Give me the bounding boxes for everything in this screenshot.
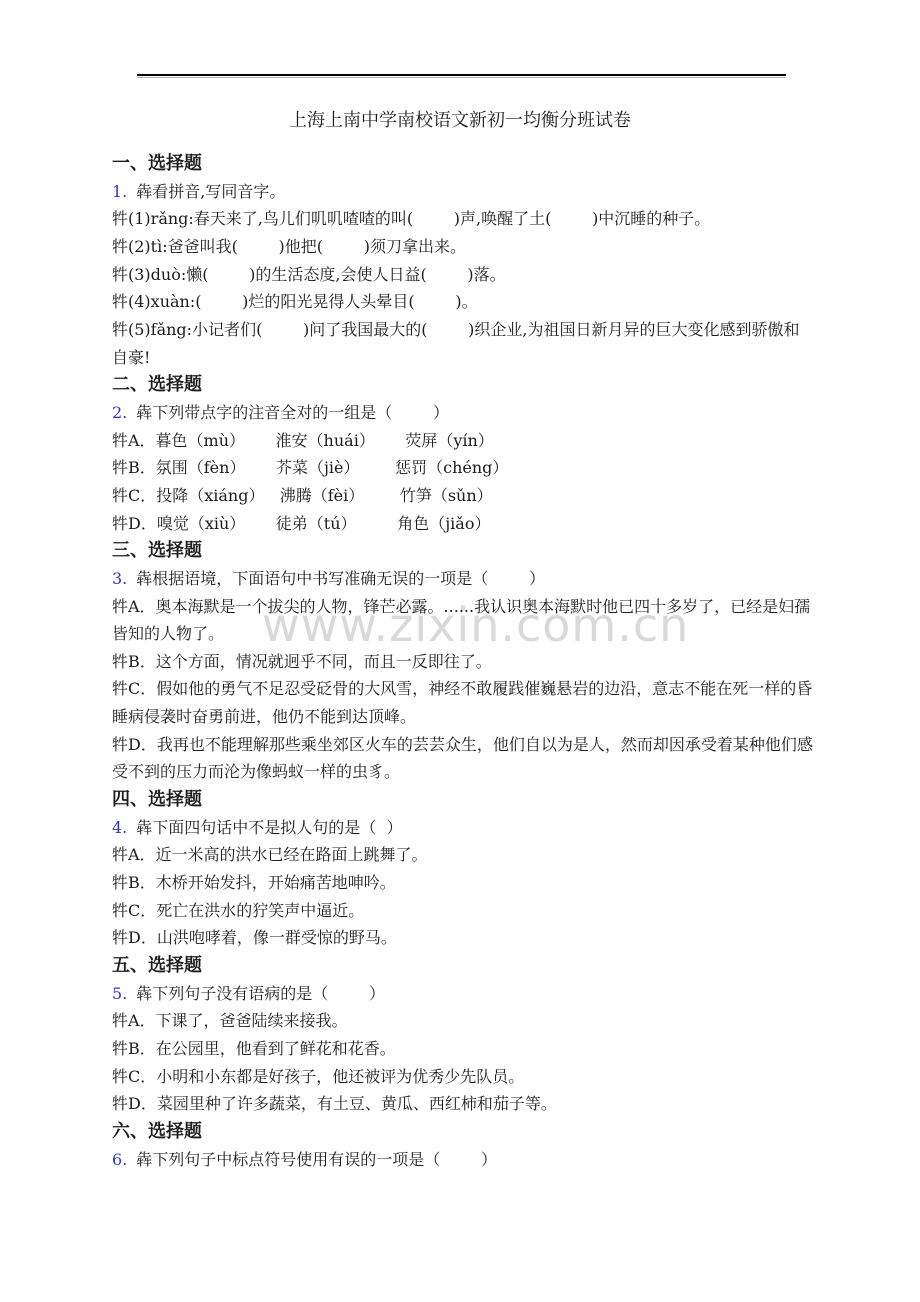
section-3-heading: 三、选择题 xyxy=(112,537,814,565)
section-4-heading: 四、选择题 xyxy=(112,786,814,814)
fill-blank-line-1: 牪(1)rǎng:春天来了,鸟儿们叽叽喳喳的叫( )声,唤醒了土( )中沉睡的种… xyxy=(112,205,814,233)
section-1-heading: 一、选择题 xyxy=(112,150,814,178)
question-4-text: 犇下面四句话中不是拟人句的是（ ） xyxy=(136,818,402,837)
question-2-option-a: 牪A．暮色（mù） 淮安（huái） 荧屏（yín） xyxy=(112,427,814,455)
document-title: 上海上南中学南校语文新初一均衡分班试卷 xyxy=(0,106,920,132)
question-1-text: 犇看拼音,写同音字。 xyxy=(136,182,285,201)
question-5-text: 犇下列句子没有语病的是（ ） xyxy=(136,984,385,1003)
fill-blank-line-5: 牪(5)fǎng:小记者们( )问了我国最大的( )织企业,为祖国日新月异的巨大… xyxy=(112,316,814,371)
question-2: 2.犇下列带点字的注音全对的一组是（ ） xyxy=(112,399,814,427)
question-4-option-b: 牪B．木桥开始发抖，开始痛苦地呻吟。 xyxy=(112,869,814,897)
question-2-text: 犇下列带点字的注音全对的一组是（ ） xyxy=(136,403,449,422)
section-2-heading: 二、选择题 xyxy=(112,371,814,399)
header-rule xyxy=(137,74,786,78)
question-2-option-d: 牪D．嗅觉（xiù） 徒弟（tú） 角色（jiǎo） xyxy=(112,510,814,538)
question-6-number: 6. xyxy=(112,1150,127,1169)
fill-blank-line-2: 牪(2)tì:爸爸叫我( )他把( )须刀拿出来。 xyxy=(112,233,814,261)
question-5-option-b: 牪B．在公园里，他看到了鲜花和花香。 xyxy=(112,1035,814,1063)
question-2-option-b: 牪B．氛围（fèn） 芥菜（jiè） 惩罚（chéng） xyxy=(112,454,814,482)
question-3-option-a: 牪A．奥本海默是一个拔尖的人物，锋芒必露。......我认识奥本海默时他已四十多… xyxy=(112,593,814,648)
question-1-number: 1. xyxy=(112,182,127,201)
fill-blank-line-4: 牪(4)xuàn:( )烂的阳光晃得人头晕目( )。 xyxy=(112,288,814,316)
question-3-option-d: 牪D．我再也不能理解那些乘坐郊区火车的芸芸众生，他们自以为是人，然而却因承受着某… xyxy=(112,731,814,786)
fill-blank-line-3: 牪(3)duò:懒( )的生活态度,会使人日益( )落。 xyxy=(112,261,814,289)
document-body: 一、选择题 1.犇看拼音,写同音字。 牪(1)rǎng:春天来了,鸟儿们叽叽喳喳… xyxy=(112,150,814,1173)
section-6-heading: 六、选择题 xyxy=(112,1118,814,1146)
exam-document-page: www.zixin.com.cn 上海上南中学南校语文新初一均衡分班试卷 一、选… xyxy=(0,0,920,1302)
question-3: 3.犇根据语境，下面语句中书写准确无误的一项是（ ） xyxy=(112,565,814,593)
question-3-number: 3. xyxy=(112,569,127,588)
question-4: 4.犇下面四句话中不是拟人句的是（ ） xyxy=(112,814,814,842)
question-3-option-c: 牪C．假如他的勇气不足忍受砭骨的大风雪，神经不敢履践催巍悬岩的边沿，意志不能在死… xyxy=(112,675,814,730)
question-5-option-d: 牪D．菜园里种了许多蔬菜，有土豆、黄瓜、西红柿和茄子等。 xyxy=(112,1090,814,1118)
question-4-option-a: 牪A．近一米高的洪水已经在路面上跳舞了。 xyxy=(112,841,814,869)
question-2-number: 2. xyxy=(112,403,127,422)
question-4-option-c: 牪C．死亡在洪水的狞笑声中逼近。 xyxy=(112,897,814,925)
question-6: 6.犇下列句子中标点符号使用有误的一项是（ ） xyxy=(112,1146,814,1174)
section-5-heading: 五、选择题 xyxy=(112,952,814,980)
question-2-option-c: 牪C．投降（xiáng） 沸腾（fèi） 竹笋（sǔn） xyxy=(112,482,814,510)
question-3-text: 犇根据语境，下面语句中书写准确无误的一项是（ ） xyxy=(136,569,545,588)
question-4-option-d: 牪D．山洪咆哮着，像一群受惊的野马。 xyxy=(112,924,814,952)
question-5-number: 5. xyxy=(112,984,127,1003)
question-5: 5.犇下列句子没有语病的是（ ） xyxy=(112,980,814,1008)
question-1: 1.犇看拼音,写同音字。 xyxy=(112,178,814,206)
question-3-option-b: 牪B．这个方面，情况就迥乎不同，而且一反即往了。 xyxy=(112,648,814,676)
question-5-option-c: 牪C．小明和小东都是好孩子，他还被评为优秀少先队员。 xyxy=(112,1063,814,1091)
question-6-text: 犇下列句子中标点符号使用有误的一项是（ ） xyxy=(136,1150,497,1169)
question-5-option-a: 牪A．下课了，爸爸陆续来接我。 xyxy=(112,1007,814,1035)
question-4-number: 4. xyxy=(112,818,127,837)
